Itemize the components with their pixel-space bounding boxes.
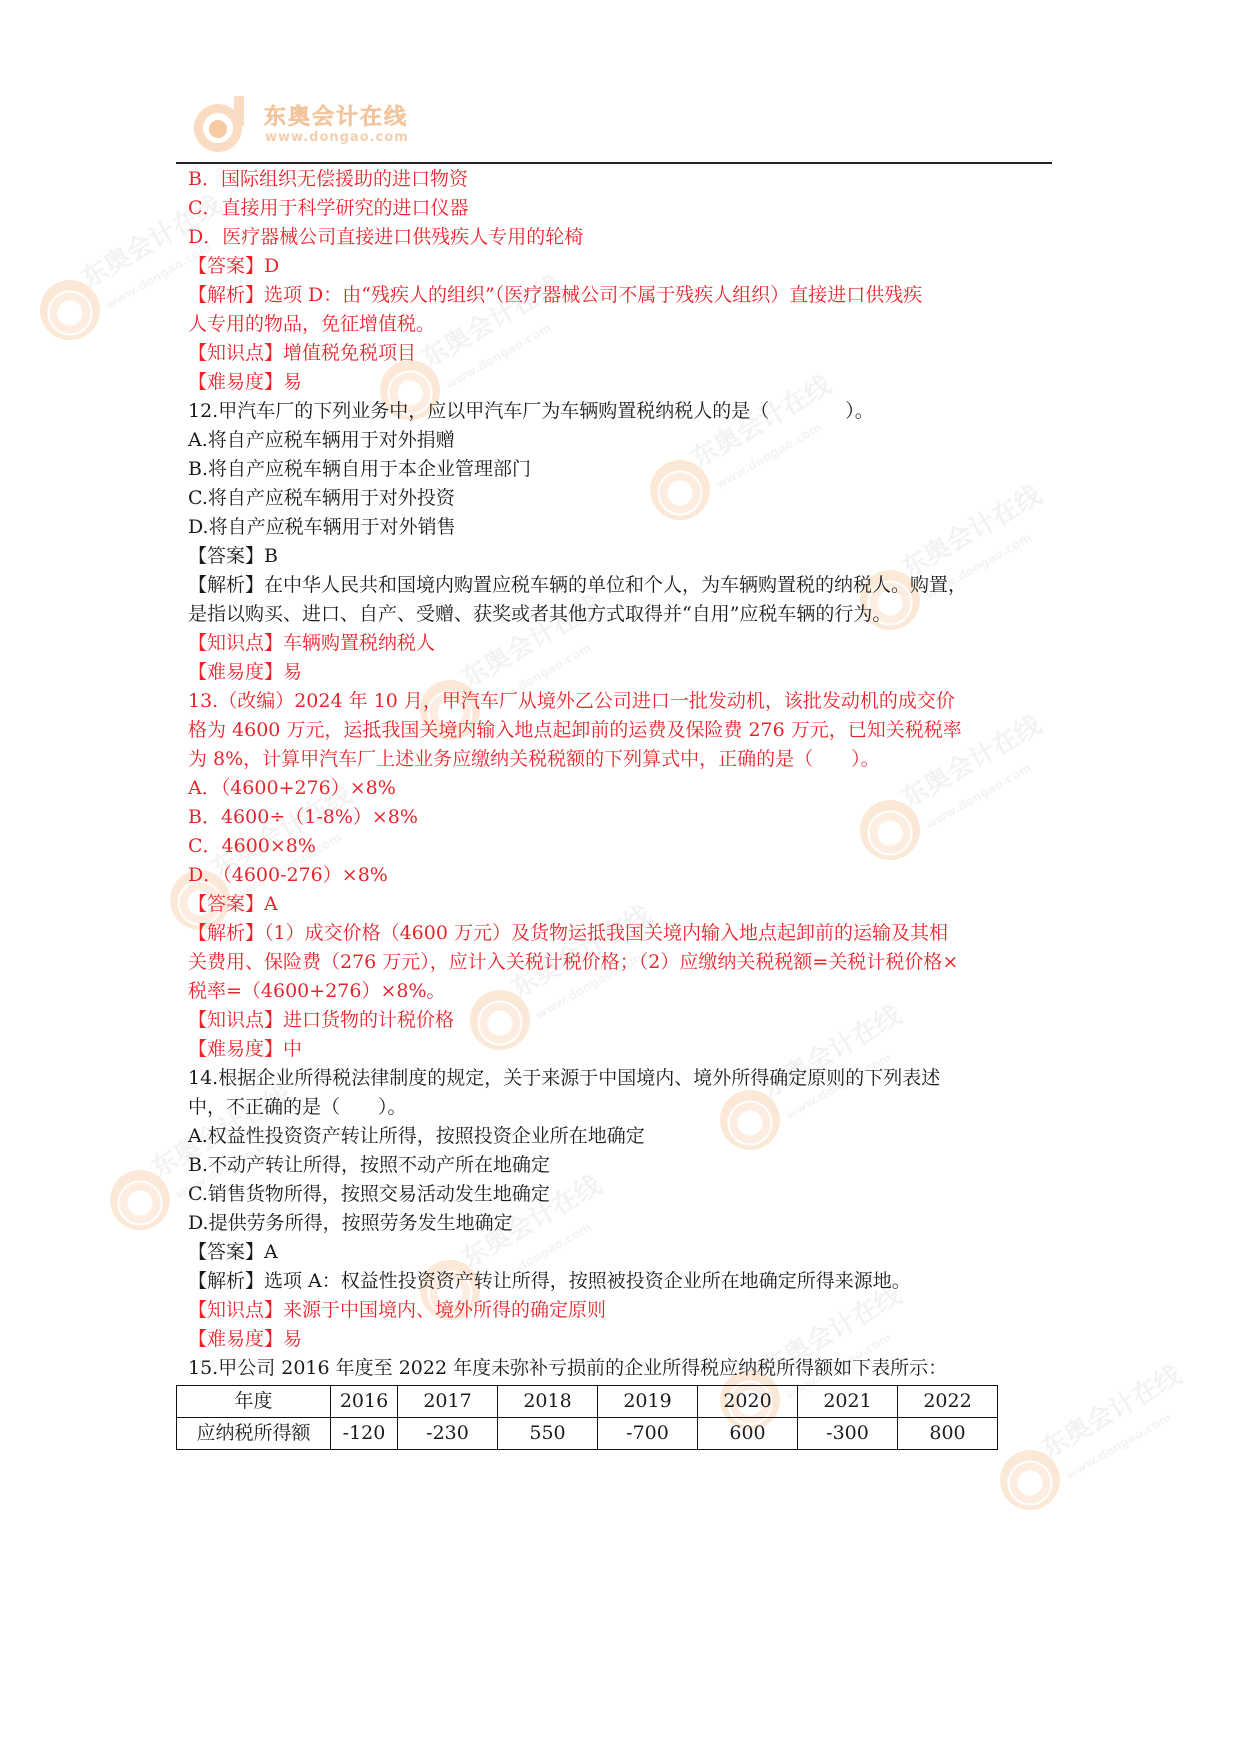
q12-option-b: B.将自产应税车辆自用于本企业管理部门	[188, 456, 531, 482]
header-divider	[176, 162, 1052, 164]
q14-answer: 【答案】A	[188, 1239, 278, 1265]
q13-option-b: B．4600÷（1-8%）×8%	[188, 804, 418, 830]
q11-option-d: D．医疗器械公司直接进口供残疾人专用的轮椅	[188, 224, 583, 250]
knowledge-value: 车辆购置税纳税人	[283, 632, 435, 654]
table-header-label: 年度	[177, 1386, 331, 1418]
table-year-cell: 2021	[798, 1386, 898, 1418]
watermark: 东奥会计在线 www.dongao.com	[470, 960, 700, 1070]
watermark-text: 东奥会计在线	[894, 475, 1048, 585]
table-value-cell: -700	[598, 1418, 698, 1450]
q15-stem: 15.甲公司 2016 年度至 2022 年度未弥补亏损前的企业所得税应纳税所得…	[188, 1355, 947, 1381]
q14-option-c: C.销售货物所得，按照交易活动发生地确定	[188, 1181, 550, 1207]
q11-answer: 【答案】D	[188, 253, 279, 279]
table-year-cell: 2017	[398, 1386, 498, 1418]
watermark-text: 东奥会计在线	[1034, 1355, 1188, 1465]
q11-knowledge-point: 【知识点】增值税免税项目	[188, 340, 416, 366]
watermark-logo-icon	[650, 460, 710, 520]
logo-chinese-text: 东奥会计在线	[264, 100, 408, 131]
watermark-logo-icon	[470, 990, 530, 1050]
table-year-cell: 2022	[898, 1386, 998, 1418]
q14-knowledge-point: 【知识点】来源于中国境内、境外所得的确定原则	[188, 1297, 606, 1323]
table-value-cell: -300	[798, 1418, 898, 1450]
table-header-row: 年度 2016 2017 2018 2019 2020 2021 2022	[177, 1386, 998, 1418]
q13-answer: 【答案】A	[188, 891, 278, 917]
table-year-cell: 2016	[331, 1386, 398, 1418]
watermark-url: www.dongao.com	[713, 420, 824, 492]
q12-option-d: D.将自产应税车辆用于对外销售	[188, 514, 456, 540]
watermark: 东奥会计在线 www.dongao.com	[650, 430, 880, 540]
q13-stem-line3: 为 8%，计算甲汽车厂上述业务应缴纳关税税额的下列算式中，正确的是（ ）。	[188, 746, 880, 772]
watermark-logo-icon	[720, 1090, 780, 1150]
knowledge-value: 进口货物的计税价格	[283, 1009, 454, 1031]
q14-stem-line2: 中，不正确的是（ ）。	[188, 1094, 407, 1120]
q12-answer: 【答案】B	[188, 543, 278, 569]
q13-analysis-line1: 【解析】（1）成交价格（4600 万元）及货物运抵我国关境内输入地点起卸前的运输…	[188, 920, 948, 946]
q14-option-d: D.提供劳务所得，按照劳务发生地确定	[188, 1210, 513, 1236]
table-value-cell: -230	[398, 1418, 498, 1450]
q11-analysis-line2: 人专用的物品，免征增值税。	[188, 311, 435, 337]
table-year-cell: 2020	[698, 1386, 798, 1418]
header-logo: 东奥会计在线 www.dongao.com	[190, 88, 430, 158]
q14-option-b: B.不动产转让所得，按照不动产所在地确定	[188, 1152, 550, 1178]
table-row-label: 应纳税所得额	[177, 1418, 331, 1450]
q12-analysis-line1: 【解析】在中华人民共和国境内购置应税车辆的单位和个人，为车辆购置税的纳税人。购置…	[188, 572, 967, 598]
table-year-cell: 2019	[598, 1386, 698, 1418]
q11-difficulty: 【难易度】易	[188, 369, 302, 395]
q11-analysis-line1: 【解析】选项 D：由“残疾人的组织”（医疗器械公司不属于残疾人组织）直接进口供残…	[188, 282, 922, 308]
q12-knowledge-point: 【知识点】车辆购置税纳税人	[188, 630, 435, 656]
table-year-cell: 2018	[498, 1386, 598, 1418]
q13-option-c: C．4600×8%	[188, 833, 316, 859]
table-row: 应纳税所得额 -120 -230 550 -700 600 -300 800	[177, 1418, 998, 1450]
q12-option-c: C.将自产应税车辆用于对外投资	[188, 485, 455, 511]
q14-difficulty: 【难易度】易	[188, 1326, 302, 1352]
taxable-income-table: 年度 2016 2017 2018 2019 2020 2021 2022 应纳…	[176, 1385, 998, 1450]
q13-option-d: D．（4600-276）×8%	[188, 862, 388, 888]
q13-analysis-line2: 关费用、保险费（276 万元），应计入关税计税价格；（2）应缴纳关税税额=关税计…	[188, 949, 958, 975]
watermark-url: www.dongao.com	[923, 760, 1034, 832]
q14-stem-line1: 14.根据企业所得税法律制度的规定，关于来源于中国境内、境外所得确定原则的下列表…	[188, 1065, 940, 1091]
logo-url-text: www.dongao.com	[265, 130, 409, 145]
q11-option-c: C．直接用于科学研究的进口仪器	[188, 195, 469, 221]
table-value-cell: 600	[698, 1418, 798, 1450]
q13-stem-line1: 13.（改编）2024 年 10 月，甲汽车厂从境外乙公司进口一批发动机，该批发…	[188, 688, 955, 714]
knowledge-label: 【知识点】	[188, 632, 283, 654]
table-value-cell: 800	[898, 1418, 998, 1450]
watermark-logo-icon	[1000, 1450, 1060, 1510]
document-page: 东奥会计在线 www.dongao.com 东奥会计在线 www.dongao.…	[0, 0, 1240, 1753]
q12-stem: 12.甲汽车厂的下列业务中，应以甲汽车厂为车辆购置税纳税人的是（ ）。	[188, 398, 874, 424]
q14-analysis: 【解析】选项 A：权益性投资资产转让所得，按照被投资企业所在地确定所得来源地。	[188, 1268, 911, 1294]
table-value-cell: 550	[498, 1418, 598, 1450]
table-value-cell: -120	[331, 1418, 398, 1450]
dongao-logo-icon	[190, 92, 252, 154]
knowledge-label: 【知识点】	[188, 1009, 283, 1031]
q13-option-a: A．（4600+276）×8%	[188, 775, 396, 801]
q11-option-b: B．国际组织无偿援助的进口物资	[188, 166, 468, 192]
watermark: 东奥会计在线 www.dongao.com	[1000, 1420, 1230, 1530]
q12-analysis-line2: 是指以购买、进口、自产、受赠、获奖或者其他方式取得并“自用”应税车辆的行为。	[188, 601, 891, 627]
q13-analysis-line3: 税率=（4600+276）×8%。	[188, 978, 446, 1004]
q13-stem-line2: 格为 4600 万元，运抵我国关境内输入地点起卸前的运费及保险费 276 万元，…	[188, 717, 962, 743]
q14-option-a: A.权益性投资资产转让所得，按照投资企业所在地确定	[188, 1123, 645, 1149]
watermark-logo-icon	[40, 280, 100, 340]
watermark-logo-icon	[860, 800, 920, 860]
q12-difficulty: 【难易度】易	[188, 659, 302, 685]
q13-knowledge-point: 【知识点】进口货物的计税价格	[188, 1007, 454, 1033]
q13-difficulty: 【难易度】中	[188, 1036, 302, 1062]
watermark-url: www.dongao.com	[1063, 1410, 1174, 1482]
watermark: 东奥会计在线 www.dongao.com	[860, 770, 1090, 880]
q12-option-a: A.将自产应税车辆用于对外捐赠	[188, 427, 455, 453]
watermark-url: www.dongao.com	[443, 320, 554, 392]
watermark-logo-icon	[110, 1170, 170, 1230]
